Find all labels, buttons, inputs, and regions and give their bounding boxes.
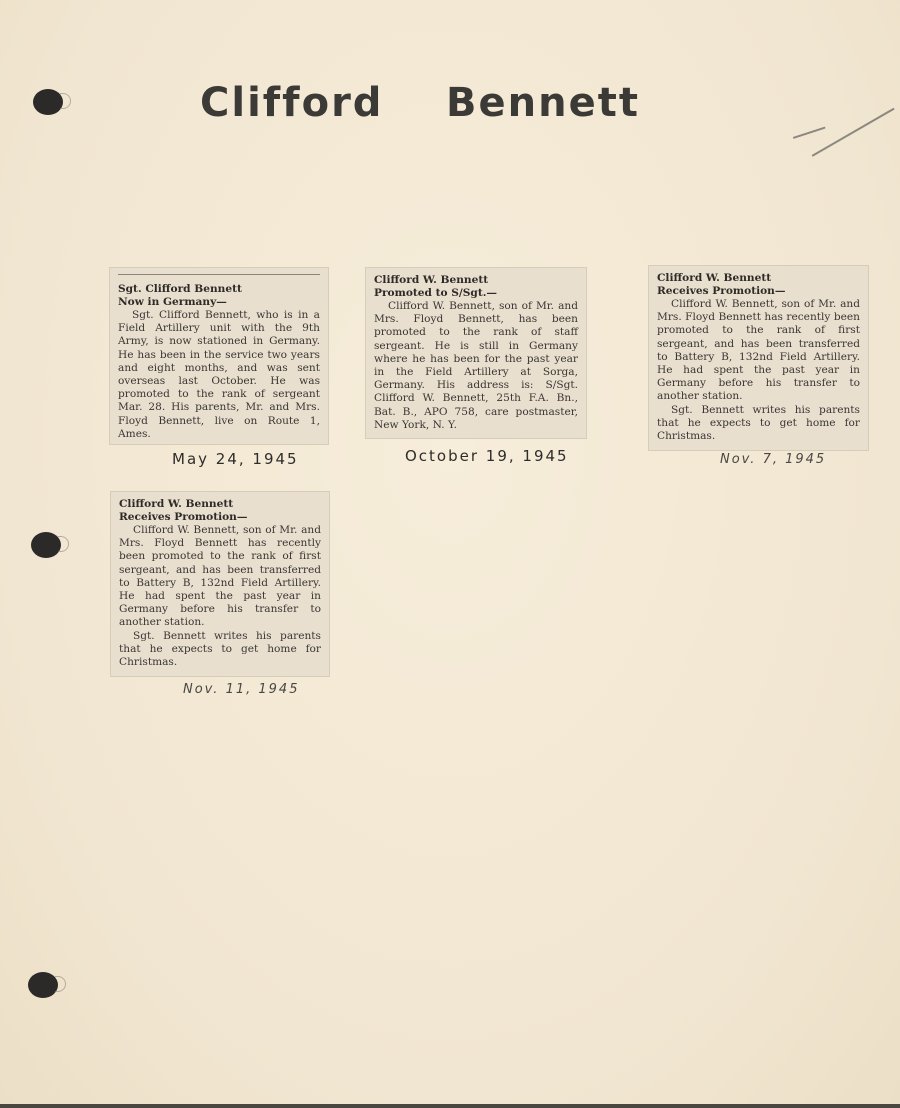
page-bottom-edge — [0, 1104, 900, 1108]
handwritten-date: Nov. 11, 1945 — [183, 682, 299, 697]
pencil-mark — [812, 108, 895, 157]
title-first-name: Clifford — [200, 80, 383, 126]
news-clipping: Clifford W. Bennett Promoted to S/Sgt.— … — [366, 268, 586, 438]
headline-line: Now in Germany— — [118, 296, 320, 309]
headline-line: Promoted to S/Sgt.— — [374, 287, 578, 300]
column-rule — [118, 274, 320, 275]
handwritten-date: May 24, 1945 — [172, 450, 299, 468]
headline-line: Clifford W. Bennett — [119, 498, 321, 511]
clipping-paragraph: Clifford W. Bennett, son of Mr. and Mrs.… — [374, 300, 578, 432]
headline-line: Clifford W. Bennett — [657, 272, 860, 285]
pencil-mark — [793, 127, 826, 139]
news-clipping: Sgt. Clifford Bennett Now in Germany— Sg… — [110, 268, 328, 444]
news-clipping: Clifford W. Bennett Receives Promotion— … — [649, 266, 868, 450]
headline-line: Sgt. Clifford Bennett — [118, 283, 320, 296]
clipping-paragraph: Sgt. Clifford Bennett, who is in a Field… — [118, 309, 320, 441]
news-clipping: Clifford W. Bennett Receives Promotion— … — [111, 492, 329, 676]
punch-hole-middle — [31, 532, 61, 558]
clipping-headline: Clifford W. Bennett Promoted to S/Sgt.— — [374, 274, 578, 300]
headline-line: Receives Promotion— — [119, 511, 321, 524]
clipping-paragraph: Clifford W. Bennett, son of Mr. and Mrs.… — [119, 524, 321, 630]
clipping-paragraph: Sgt. Bennett writes his parents that he … — [657, 404, 860, 444]
clipping-headline: Clifford W. Bennett Receives Promotion— — [657, 272, 860, 298]
punch-hole-bottom — [28, 972, 58, 998]
headline-line: Receives Promotion— — [657, 285, 860, 298]
title-last-name: Bennett — [446, 80, 640, 126]
scrapbook-page: Clifford Bennett Sgt. Clifford Bennett N… — [0, 0, 900, 1104]
clipping-paragraph: Sgt. Bennett writes his parents that he … — [119, 630, 321, 670]
punch-hole-top — [33, 89, 63, 115]
clipping-headline: Clifford W. Bennett Receives Promotion— — [119, 498, 321, 524]
clipping-paragraph: Clifford W. Bennett, son of Mr. and Mrs.… — [657, 298, 860, 404]
clipping-headline: Sgt. Clifford Bennett Now in Germany— — [118, 283, 320, 309]
handwritten-date: October 19, 1945 — [405, 447, 569, 465]
handwritten-date: Nov. 7, 1945 — [720, 452, 826, 467]
headline-line: Clifford W. Bennett — [374, 274, 578, 287]
